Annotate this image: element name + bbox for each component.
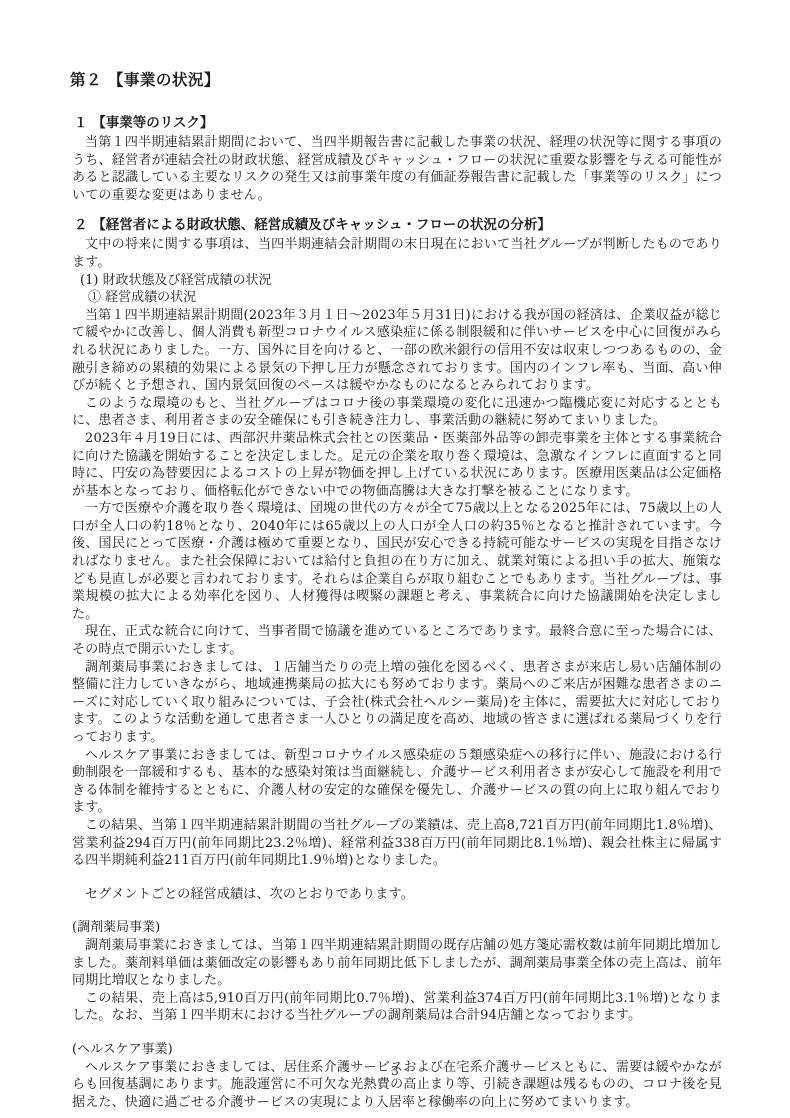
item-heading-business-results: ① 経営成績の状況 [88, 289, 722, 307]
segment-note: セグメントごとの経営成績は、次のとおりであります。 [72, 886, 722, 904]
segment-pharmacy-paragraph: 調剤薬局事業におきましては、当第１四半期連結累計期間の既存店舗の処方箋応需枚数は… [72, 937, 722, 990]
paragraph-economy-overview: 当第１四半期連結累計期間(2023年３月１日～2023年５月31日)における我が… [72, 307, 722, 395]
paragraph-pharmacy-business: 調剤薬局事業におきましては、１店舗当たりの売上増の強化を図るべく、患者さまが来店… [72, 659, 722, 747]
page-footer: 3 [0, 1064, 790, 1078]
section-business-risks: １ 【事業等のリスク】 当第１四半期連結累計期間において、当四半期報告書に記載し… [72, 114, 722, 204]
analysis-section-heading: ２ 【経営者による財政状態、経営成績及びキャッシュ・フローの状況の分析】 [74, 216, 722, 235]
risk-section-heading: １ 【事業等のリスク】 [74, 114, 722, 133]
paragraph-medical-care-environment: 一方で医療や介護を取り巻く環境は、団塊の世代の方々が全て75歳以上となる2025… [72, 500, 722, 623]
segment-healthcare-heading: (ヘルスケア事業) [72, 1041, 722, 1059]
segment-pharmacy-heading: (調剤薬局事業) [72, 919, 722, 937]
paragraph-consolidated-results: この結果、当第１四半期連結累計期間の当社グループの業績は、売上高8,721百万円… [72, 817, 722, 870]
paragraph-healthcare-business: ヘルスケア事業におきましては、新型コロナウイルス感染症の５類感染症への移行に伴い… [72, 747, 722, 817]
subsection-heading-financial-position: (1) 財政状態及び経営成績の状況 [80, 272, 722, 290]
page-number: 3 [391, 1064, 399, 1078]
paragraph-group-response: このような環境のもと、当社グループはコロナ後の事業環境の変化に迅速かつ臨機応変に… [72, 395, 722, 430]
section-management-analysis: ２ 【経営者による財政状態、経営成績及びキャッシュ・フローの状況の分析】 文中の… [72, 216, 722, 1111]
segment-pharmacy: (調剤薬局事業) 調剤薬局事業におきましては、当第１四半期連結累計期間の既存店舗… [72, 919, 722, 1025]
paragraph-business-integration: 2023年４月19日には、西部沢井薬品株式会社との医薬品・医薬部外品等の卸売事業… [72, 430, 722, 500]
analysis-intro: 文中の将来に関する事項は、当四半期連結会計期間の末日現在において当社グループが判… [72, 236, 722, 271]
page-content: 第２ 【事業の状況】 １ 【事業等のリスク】 当第１四半期連結累計期間において、… [72, 70, 722, 1111]
paragraph-integration-status: 現在、正式な統合に向けて、当事者間で協議を進めているところであります。最終合意に… [72, 623, 722, 658]
report-page: 第２ 【事業の状況】 １ 【事業等のリスク】 当第１四半期連結累計期間において、… [0, 0, 790, 1118]
risk-paragraph: 当第１四半期連結累計期間において、当四半期報告書に記載した事業の状況、経理の状況… [72, 134, 722, 204]
segment-pharmacy-results-paragraph: この結果、売上高は5,910百万円(前年同期比0.7％増)、営業利益374百万円… [72, 990, 722, 1025]
chapter-heading: 第２ 【事業の状況】 [70, 70, 722, 90]
